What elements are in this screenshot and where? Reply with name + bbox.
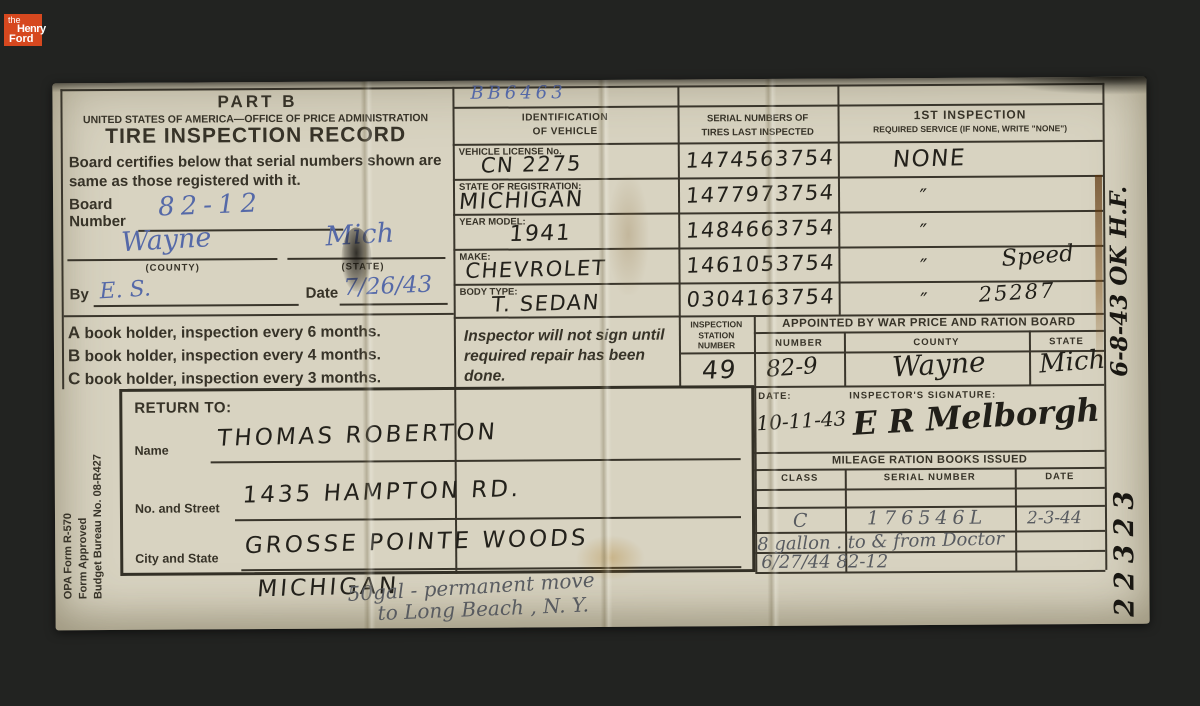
return-to-box: RETURN TO: Name THOMAS ROBERTON No. and …: [119, 385, 755, 576]
mileage-col-class: CLASS: [755, 473, 845, 485]
board-number-label: Number: [69, 213, 126, 230]
tire-serial-value: 1474563754: [685, 145, 836, 173]
inspection-ditto: ″: [918, 184, 929, 208]
section-divider: [64, 313, 454, 317]
holder-b-class: B: [68, 346, 80, 365]
table-line: [60, 83, 1104, 91]
street-underline: [235, 516, 741, 521]
holder-a-text: book holder, inspection every 6 months.: [84, 323, 380, 342]
station-label-line1: INSPECTION: [679, 319, 754, 330]
county-underline: [67, 258, 277, 261]
state-value: Mich: [324, 217, 394, 252]
first-inspection-subheader: REQUIRED SERVICE (IF NONE, WRITE "NONE"): [838, 123, 1103, 135]
tire-serial-value: 1477973754: [685, 180, 836, 208]
margin-note-right-upper: 6-8-43 OK H.F.: [1104, 89, 1133, 377]
top-scribble: BB6463: [470, 82, 566, 104]
date-value: 7/26/43: [343, 271, 433, 301]
registration-state-value: MICHIGAN: [458, 187, 585, 215]
city-label: City and State: [135, 551, 218, 566]
holder-a-class: A: [68, 323, 80, 342]
inspection-ditto: ″: [918, 219, 929, 243]
mileage-pencil-note-2: 6/27/44 82-12: [761, 551, 888, 573]
inspection-note-speed: Speed: [1001, 241, 1075, 272]
county-label: (COUNTY): [145, 262, 200, 273]
mileage-title: MILEAGE RATION BOOKS ISSUED: [755, 453, 1105, 467]
state-label: (STATE): [341, 261, 384, 272]
by-label: By: [70, 286, 89, 303]
holder-a-line: A book holder, inspection every 6 months…: [68, 321, 381, 343]
form-approved: Form Approved: [75, 384, 91, 599]
form-info-vertical: OPA Form R-570 Form Approved Budget Bure…: [60, 384, 106, 599]
budget-bureau-number: Budget Bureau No. 08-R427: [90, 384, 106, 599]
logo-text-ford: Ford: [9, 33, 33, 45]
form-number: OPA Form R-570: [60, 384, 76, 599]
inspector-note: Inspector will not sign until required r…: [464, 326, 666, 388]
appointed-col-number: NUMBER: [754, 338, 844, 350]
appointed-state-value: Mich: [1038, 345, 1106, 380]
vehicle-column-header: IDENTIFICATION OF VEHICLE: [455, 111, 676, 140]
mileage-class-value: C: [793, 510, 808, 532]
vehicle-license-value: CN 2275: [480, 151, 583, 177]
return-to-title: RETURN TO:: [134, 399, 231, 417]
holder-b-text: book holder, inspection every 4 months.: [85, 346, 381, 365]
mileage-col-date: DATE: [1015, 471, 1105, 483]
certifies-text-line2: same as those registered with it.: [69, 172, 301, 190]
by-value: E. S.: [99, 276, 152, 304]
date-label: Date: [306, 285, 339, 302]
tire-serial-value: 1484663754: [685, 215, 836, 243]
street-label: No. and Street: [135, 501, 220, 516]
make-value: CHEVROLET: [464, 256, 607, 283]
state-underline: [287, 257, 445, 260]
appointed-county-value: Wayne: [891, 345, 986, 383]
board-label: Board: [69, 196, 112, 213]
certifies-text-line1: Board certifies below that serial number…: [69, 152, 442, 171]
inspection-ditto: ″: [919, 288, 930, 312]
serials-column-header: SERIAL NUMBERS OF TIRES LAST INSPECTED: [680, 112, 836, 141]
part-b-heading: PART B: [72, 91, 442, 113]
date-underline: [340, 303, 448, 306]
station-number-value: 49: [701, 355, 738, 385]
by-underline: [94, 304, 299, 307]
first-inspection-header: 1ST INSPECTION: [838, 107, 1103, 123]
mileage-date-value: 2-3-44: [1027, 508, 1082, 528]
city-underline: [241, 566, 741, 571]
holder-c-line: C book holder, inspection every 3 months…: [68, 367, 381, 389]
tire-inspection-record-document: PART B UNITED STATES OF AMERICA—OFFICE O…: [52, 77, 1149, 631]
record-title: TIRE INSPECTION RECORD: [61, 123, 451, 149]
mileage-col-serial: SERIAL NUMBER: [845, 471, 1015, 483]
tire-serial-value: 1461053754: [685, 250, 836, 278]
inspection-entry-none: NONE: [892, 145, 967, 173]
table-line: [453, 140, 1103, 146]
body-type-value: T. SEDAN: [491, 290, 601, 317]
appointed-date-value: 10-11-43: [756, 406, 847, 435]
station-label-line3: NUMBER: [679, 340, 754, 351]
margin-note-right-lower: 22323: [1108, 337, 1141, 617]
table-line: [1015, 467, 1018, 570]
tire-serial-value: 0304163754: [686, 284, 837, 312]
vehicle-header-line1: IDENTIFICATION: [455, 111, 676, 126]
appointed-date-label: DATE:: [758, 391, 791, 402]
station-number-label: INSPECTION STATION NUMBER: [679, 319, 754, 351]
table-line: [755, 487, 1105, 491]
street-value: 1435 HAMPTON RD.: [242, 476, 523, 509]
appointed-number-value: 82-9: [765, 353, 818, 383]
name-value: THOMAS ROBERTON: [216, 419, 499, 452]
holder-c-text: book holder, inspection every 3 months.: [85, 369, 381, 388]
name-label: Name: [135, 444, 169, 458]
board-number-value: 82-12: [158, 188, 264, 222]
appointed-col-county: COUNTY: [844, 336, 1029, 348]
county-value: Wayne: [120, 222, 212, 258]
appointed-title: APPOINTED BY WAR PRICE AND RATION BOARD: [754, 316, 1104, 330]
serials-header-line2: TIRES LAST INSPECTED: [680, 126, 836, 141]
vehicle-header-line2: OF VEHICLE: [455, 125, 676, 140]
name-underline: [211, 458, 741, 463]
mileage-serial-value: 176546L: [867, 507, 987, 530]
fold-stain: [608, 175, 649, 295]
table-line: [754, 330, 1104, 334]
inspection-ditto: ″: [918, 254, 929, 278]
city-value: GROSSE POINTE WOODS: [244, 525, 590, 559]
inspection-note-number: 25287: [978, 278, 1056, 306]
station-label-line2: STATION: [679, 330, 754, 341]
serials-header-line1: SERIAL NUMBERS OF: [680, 112, 836, 127]
holder-b-line: B book holder, inspection every 4 months…: [68, 344, 381, 366]
henry-ford-logo: the Henry Ford: [4, 14, 42, 46]
year-model-value: 1941: [508, 221, 572, 247]
